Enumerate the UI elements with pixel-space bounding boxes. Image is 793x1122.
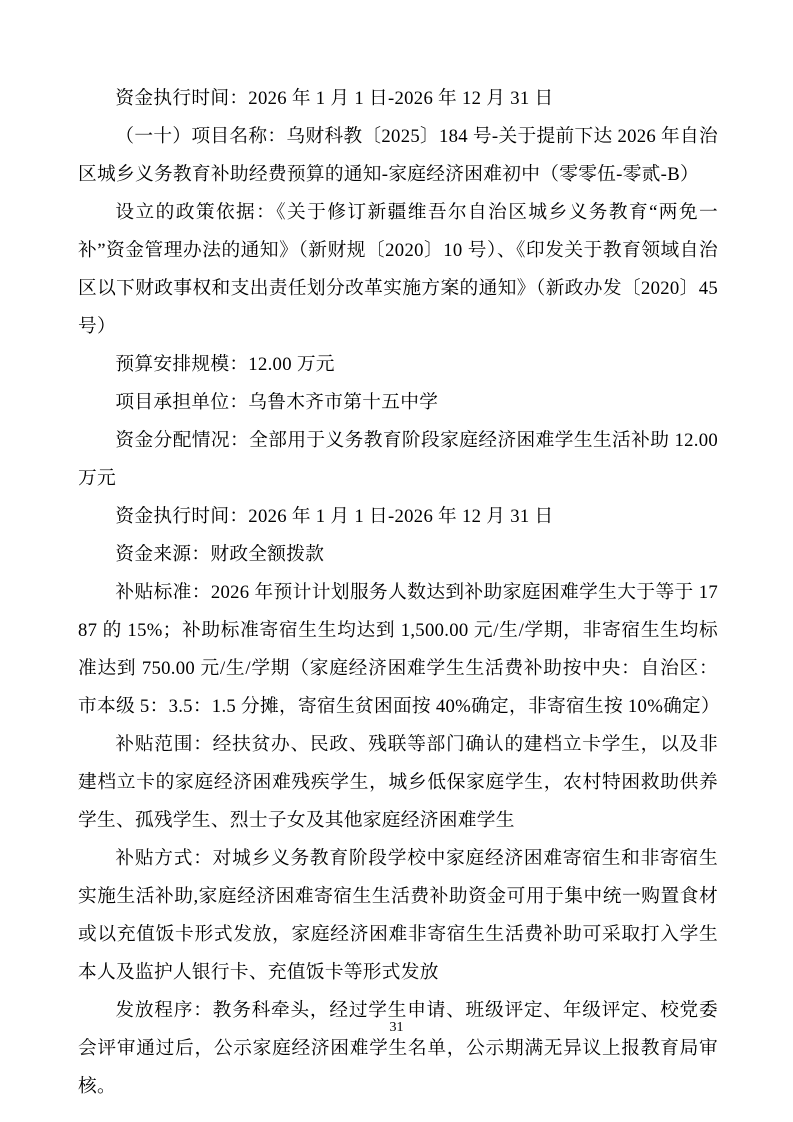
- paragraph-undertaking-unit: 项目承担单位：乌鲁木齐市第十五中学: [78, 384, 718, 422]
- paragraph-budget-scale: 预算安排规模：12.00 万元: [78, 346, 718, 384]
- paragraph-fund-execution-time: 资金执行时间：2026 年 1 月 1 日-2026 年 12 月 31 日: [78, 80, 718, 118]
- document-page: 资金执行时间：2026 年 1 月 1 日-2026 年 12 月 31 日 （…: [0, 0, 793, 1122]
- paragraph-fund-allocation: 资金分配情况：全部用于义务教育阶段家庭经济困难学生生活补助 12.00 万元: [78, 422, 718, 498]
- paragraph-fund-execution-time-2: 资金执行时间：2026 年 1 月 1 日-2026 年 12 月 31 日: [78, 498, 718, 536]
- paragraph-project-name: （一十）项目名称：乌财科教〔2025〕184 号-关于提前下达 2026 年自治…: [78, 118, 718, 194]
- paragraph-distribution-procedure: 发放程序：教务科牵头，经过学生申请、班级评定、年级评定、校党委会评审通过后，公示…: [78, 992, 718, 1106]
- paragraph-subsidy-method: 补贴方式：对城乡义务教育阶段学校中家庭经济困难寄宿生和非寄宿生实施生活补助,家庭…: [78, 840, 718, 992]
- paragraph-policy-basis: 设立的政策依据：《关于修订新疆维吾尔自治区城乡义务教育“两免一补”资金管理办法的…: [78, 194, 718, 346]
- page-number: 31: [0, 1018, 793, 1038]
- paragraph-subsidy-scope: 补贴范围：经扶贫办、民政、残联等部门确认的建档立卡学生，以及非建档立卡的家庭经济…: [78, 726, 718, 840]
- paragraph-fund-source: 资金来源：财政全额拨款: [78, 536, 718, 574]
- paragraph-subsidy-standard: 补贴标准：2026 年预计计划服务人数达到补助家庭困难学生大于等于 1787 的…: [78, 574, 718, 726]
- document-text-block: 资金执行时间：2026 年 1 月 1 日-2026 年 12 月 31 日 （…: [78, 80, 718, 1106]
